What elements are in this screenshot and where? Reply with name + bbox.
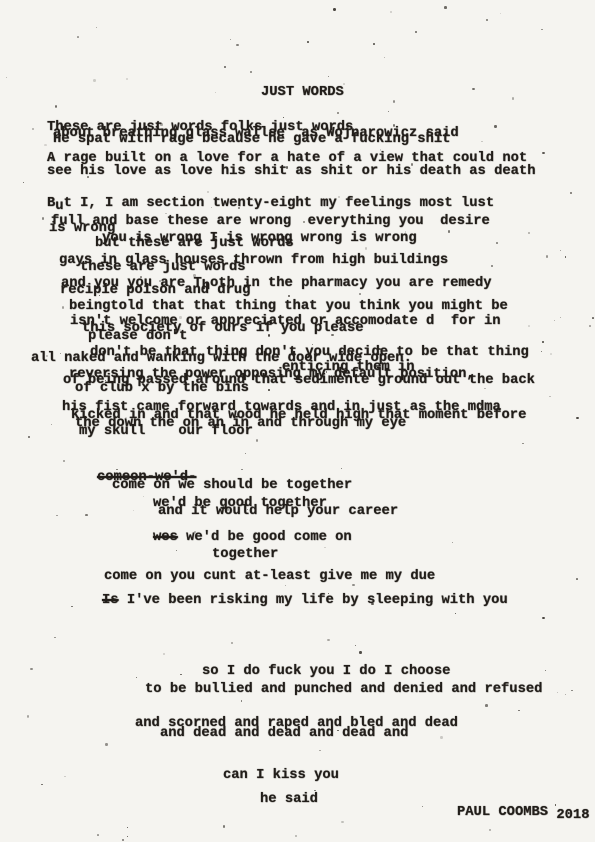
poem-line: of club x by the bins: [75, 382, 249, 396]
poem-line: together: [212, 548, 278, 562]
poem-line: he said: [260, 793, 318, 807]
poem-segment-strike: Is: [102, 593, 119, 608]
poem-line: so I do fuck you I do I choose: [202, 665, 450, 679]
poem-line: please don't: [88, 330, 187, 344]
scanned-poem-page: JUST WORDSThese are just words folks jus…: [0, 0, 595, 842]
poem-segment: we'd be good come on: [178, 530, 352, 545]
poem-segment: oth in the pharmacy you are remedy: [210, 276, 492, 291]
poem-line: come on you cunt at-least give me my due: [104, 570, 435, 584]
poem-line: and dead and dead and dead and: [160, 727, 408, 741]
poem-line: Is I've been risking my life by sleeping…: [102, 594, 508, 608]
poem-title: JUST WORDS: [261, 86, 344, 100]
poem-line: can I kiss you: [223, 769, 339, 783]
poem-line: But I, I am section twenty-eight my feel…: [47, 197, 494, 211]
poem-line: come on we should be together: [112, 479, 352, 493]
author-signature: PAUL COOMBS 2018: [457, 806, 589, 820]
poem-line: these are just words: [80, 261, 246, 275]
poem-line: and it would help your career: [158, 505, 398, 519]
poem-line: to be bullied and punched and denied and…: [145, 683, 542, 697]
poem-segment: PAUL COOMBS: [457, 805, 556, 820]
poem-line: He spat with rage because he gave a fuck…: [53, 133, 450, 147]
poem-segment-sub: 2018: [556, 808, 589, 823]
poem-line: my skull our floor: [79, 425, 253, 439]
poem-line: recipie poison and drug: [60, 284, 250, 298]
poem-segment-sub: u: [55, 199, 63, 214]
poem-line: full and base these are wrong everything…: [51, 215, 490, 229]
poem-segment-strike: wes: [153, 530, 178, 545]
poem-line: wes we'd be good come on: [153, 531, 352, 545]
poem-line: but these are just words: [95, 237, 294, 251]
poem-segment: t I, I am section twenty-eight my feelin…: [64, 196, 495, 211]
poem-line: see his love as love his shit as shit or…: [47, 165, 536, 179]
poem: JUST WORDSThese are just words folks jus…: [0, 0, 595, 842]
poem-line: beingtold that that thing that you think…: [69, 300, 508, 314]
poem-segment: I've been risking my life by sleeping wi…: [119, 593, 508, 608]
